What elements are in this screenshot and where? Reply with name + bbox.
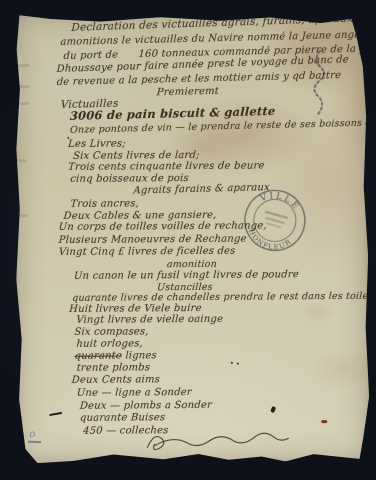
scan-background: Declaration des victuailles agrais, fura… — [0, 0, 376, 480]
manuscript-line: Les Livres; — [68, 139, 126, 149]
manuscript-line: Vingt livres de vielle oainge — [76, 315, 223, 326]
ink-dot — [67, 137, 69, 139]
manuscript-line: Premieremt — [157, 87, 220, 99]
archive-stamp: VILLE HONFLEUR — [240, 185, 310, 255]
manuscript-line: quarante livres de chandelles prendra le… — [72, 292, 374, 304]
bleed-through-mark — [16, 214, 28, 217]
bleed-through-mark — [15, 64, 30, 68]
manuscript-line: Une — ligne a Sonder — [76, 388, 192, 399]
manuscript-line: Trois cents cinquante livres de beure — [68, 161, 265, 172]
ink-dash-mark — [49, 412, 62, 417]
ink-dot — [237, 363, 239, 365]
manuscript-line: quarante lignes — [74, 351, 157, 362]
manuscript-line: cinq boisseaux de pois — [70, 174, 189, 185]
manuscript-page: Declaration des victuailles agrais, fura… — [10, 7, 371, 467]
manuscript-line: Un corps de toilles voilles de rechange, — [58, 221, 267, 232]
manuscript-line: Vingt Cinq £ livres de ficelles des — [58, 247, 235, 258]
bleed-through-mark — [15, 102, 29, 106]
ink-smudge-trail — [304, 49, 331, 121]
manuscript-line: Six compases, — [74, 327, 149, 338]
manuscript-line: Deux Cents aims — [71, 375, 160, 386]
manuscript-line: amonition — [167, 260, 218, 270]
manuscript-line: huit orloges, — [76, 339, 143, 349]
manuscript-line: Deux — plombs a Sonder — [80, 401, 213, 412]
manuscript-line: Plusieurs Manoeuvres de Rechange — [58, 235, 247, 246]
ink-blot — [270, 406, 275, 413]
manuscript-text: Declaration des victuailles agrais, fura… — [10, 7, 368, 9]
manuscript-line: Trois ancres, — [70, 199, 139, 209]
manuscript-line: trente plombs — [76, 363, 150, 374]
manuscript-line: Un canon le un fusil vingt livres de pou… — [74, 270, 300, 282]
bleed-through-mark — [17, 85, 30, 88]
wax-fleck — [321, 420, 327, 423]
manuscript-line: quarante Buises — [80, 413, 166, 424]
pencil-page-mark: o — [29, 429, 36, 441]
bleed-through-mark — [14, 159, 26, 163]
ink-dot — [231, 362, 233, 364]
stamp-illegible-line — [266, 222, 282, 228]
signature-flourish — [141, 422, 301, 463]
